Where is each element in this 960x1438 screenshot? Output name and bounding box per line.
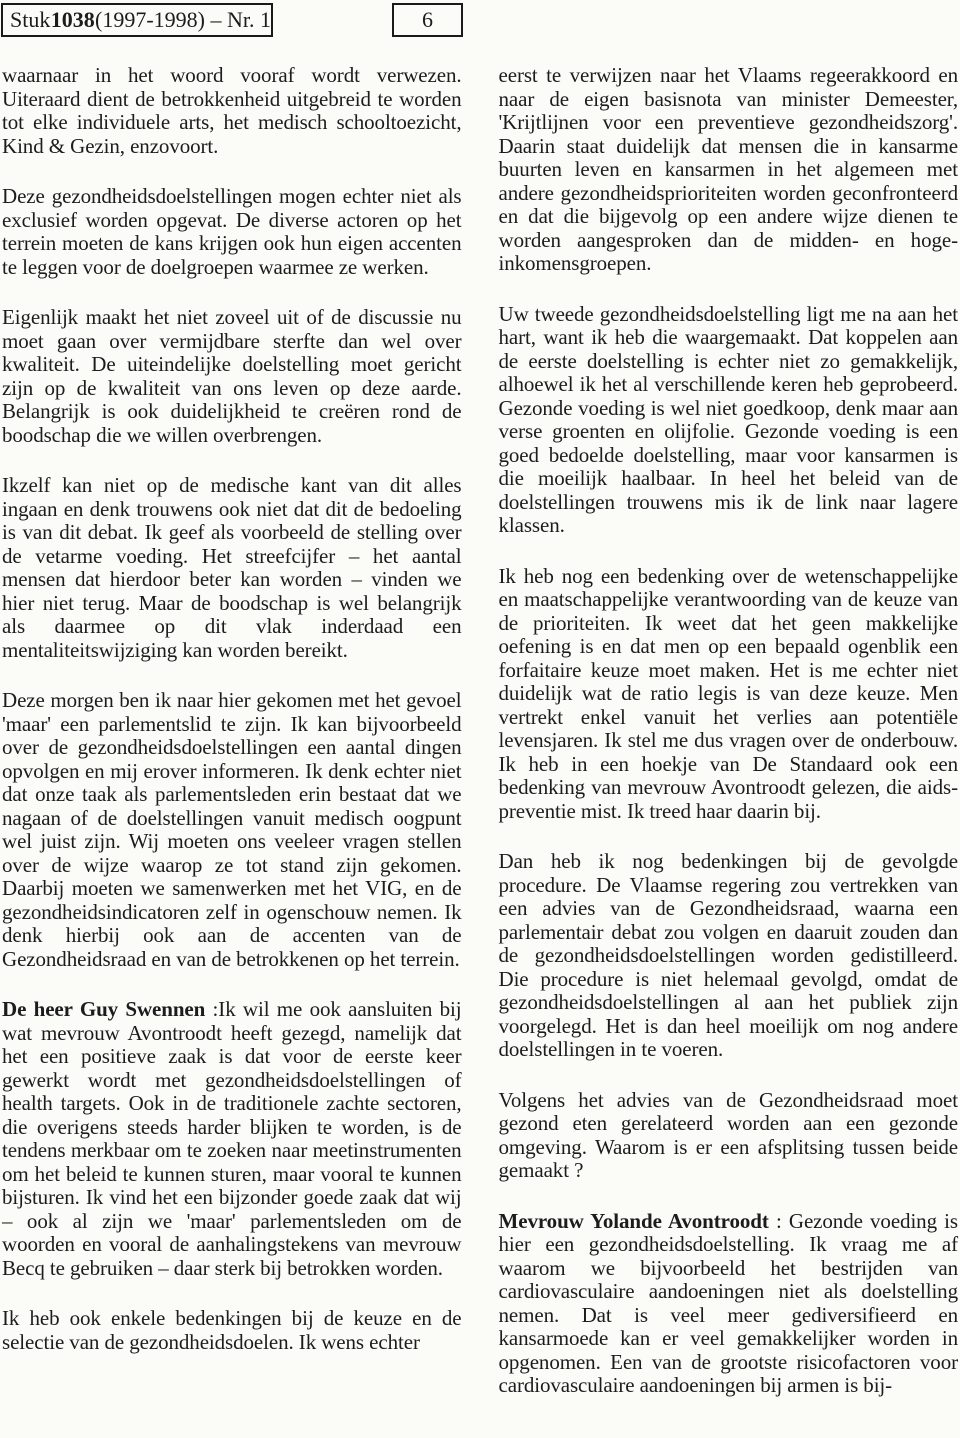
paragraph: eerst te verwijzen naar het Vlaams regee…: [499, 64, 959, 276]
paragraph-text: Ik heb nog een bedenking over de wetensc…: [499, 564, 959, 823]
document-body: waarnaar in het woord vooraf wordt verwe…: [2, 64, 958, 1398]
paragraph: Volgens het advies van de Gezondheidsraa…: [499, 1089, 959, 1183]
speaker-name: De heer Guy Swennen: [2, 997, 205, 1021]
document-number: 1038: [51, 7, 95, 33]
speaker-name: Mevrouw Yolande Avontroodt: [499, 1209, 769, 1233]
document-reference-box: Stuk 1038 (1997-1998) – Nr. 1: [1, 3, 273, 37]
paragraph-text: Volgens het advies van de Gezondheidsraa…: [499, 1088, 959, 1183]
paragraph: Deze gezondheidsdoelstellingen mogen ech…: [2, 185, 462, 279]
paragraph: Eigenlijk maakt het niet zoveel uit of d…: [2, 306, 462, 447]
paragraph-text: Deze gezondheidsdoelstellingen mogen ech…: [2, 184, 462, 279]
paragraph-text: : Gezonde voeding is hier een gezondheid…: [499, 1209, 959, 1398]
paragraph: Deze morgen ben ik naar hier gekomen met…: [2, 689, 462, 971]
document-page: Stuk 1038 (1997-1998) – Nr. 1 6 waarnaar…: [0, 0, 960, 1438]
paragraph-text: Uw tweede gezondheidsdoelstelling ligt m…: [499, 302, 959, 538]
speech-paragraph: De heer Guy Swennen :Ik wil me ook aansl…: [2, 998, 462, 1280]
paragraph: Ik heb ook enkele bedenkingen bij de keu…: [2, 1307, 462, 1354]
paragraph: Dan heb ik nog bedenkingen bij de gevolg…: [499, 850, 959, 1062]
document-reference-suffix: (1997-1998) – Nr. 1: [95, 7, 271, 33]
paragraph-text: Ik heb ook enkele bedenkingen bij de keu…: [2, 1306, 462, 1354]
paragraph: waarnaar in het woord vooraf wordt verwe…: [2, 64, 462, 158]
speech-paragraph: Mevrouw Yolande Avontroodt : Gezonde voe…: [499, 1210, 959, 1398]
right-column: eerst te verwijzen naar het Vlaams regee…: [499, 64, 959, 1398]
paragraph-text: Eigenlijk maakt het niet zoveel uit of d…: [2, 305, 462, 447]
paragraph-text: Deze morgen ben ik naar hier gekomen met…: [2, 688, 462, 971]
paragraph-text: eerst te verwijzen naar het Vlaams regee…: [499, 63, 959, 275]
paragraph-text: Dan heb ik nog bedenkingen bij de gevolg…: [499, 849, 959, 1061]
paragraph: Uw tweede gezondheidsdoelstelling ligt m…: [499, 303, 959, 538]
paragraph-text: Ikzelf kan niet op de medische kant van …: [2, 473, 462, 662]
page-number: 6: [422, 7, 433, 33]
paragraph-text: waarnaar in het woord vooraf wordt verwe…: [2, 63, 462, 158]
paragraph: Ik heb nog een bedenking over de wetensc…: [499, 565, 959, 824]
left-column: waarnaar in het woord vooraf wordt verwe…: [2, 64, 462, 1398]
page-number-box: 6: [392, 3, 463, 37]
document-reference-prefix: Stuk: [10, 7, 50, 33]
paragraph: Ikzelf kan niet op de medische kant van …: [2, 474, 462, 662]
paragraph-text: :Ik wil me ook aansluiten bij wat mevrou…: [2, 997, 462, 1280]
